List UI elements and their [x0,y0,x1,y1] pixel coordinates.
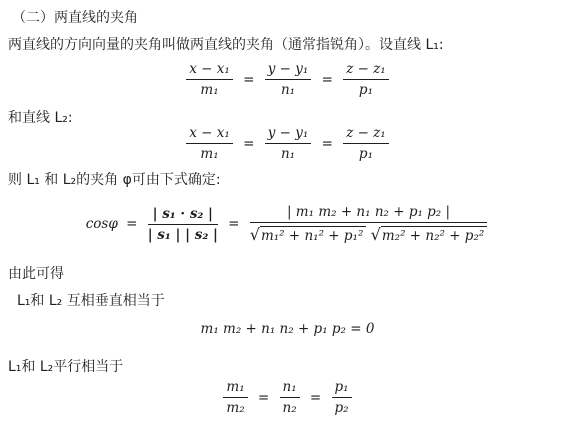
formula-line1-equation: x − x₁ m₁ = y − y₁ n₁ = z − z₁ p₁ [0,61,575,98]
radical-group: √m₂² + n₂² + p₂² [371,225,488,244]
fraction-numerator: | m₁ m₂ + n₁ n₂ + p₁ p₂ | [250,204,488,223]
fraction-numerator: m₁ [223,379,247,398]
fraction-numerator: z − z₁ [343,125,389,144]
sqrt-icon: √ [371,225,381,244]
paragraph-thus: 由此可得 [8,265,64,283]
fraction-dot-product: | s₁ · s₂ | | s₁ | | s₂ | [148,206,218,243]
fraction-numerator: x − x₁ [186,61,233,80]
formula-cos-angle: cosφ = | s₁ · s₂ | | s₁ | | s₂ | = | m₁ … [0,204,575,244]
sqrt-icon: √ [250,225,260,244]
fraction: z − z₁ p₁ [343,125,389,162]
document-page: （二）两直线的夹角 两直线的方向向量的夹角叫做两直线的夹角（通常指锐角）。设直线… [0,0,575,436]
fraction-numerator: y − y₁ [265,125,312,144]
fraction-denominator: n₁ [265,80,312,98]
radical-group: √m₁² + n₁² + p₁² [250,225,367,244]
fraction: y − y₁ n₁ [265,125,312,162]
formula-parallel: m₁ m₂ = n₁ n₂ = p₁ p₂ [0,379,575,416]
formula-perpendicular: m₁ m₂ + n₁ n₂ + p₁ p₂ = 0 [0,321,575,337]
fraction-numerator: p₁ [332,379,352,398]
fraction: z − z₁ p₁ [343,61,389,98]
section-heading: （二）两直线的夹角 [12,9,138,27]
fraction-denominator: m₁ [186,80,233,98]
formula-line2-equation: x − x₁ m₁ = y − y₁ n₁ = z − z₁ p₁ [0,125,575,162]
fraction: x − x₁ m₁ [186,61,233,98]
fraction-numerator: y − y₁ [265,61,312,80]
fraction-denominator: √m₁² + n₁² + p₁² √m₂² + n₂² + p₂² [250,223,488,244]
paragraph-perpendicular-condition: L₁和 L₂ 互相垂直相当于 [17,292,165,310]
fraction-denominator: m₂ [223,398,247,416]
paragraph-parallel-condition: L₁和 L₂平行相当于 [8,358,123,376]
equals-sign: = [258,390,269,406]
radicand: m₁² + n₁² + p₁² [260,226,366,244]
equals-sign: = [322,136,333,152]
equals-sign: = [243,72,254,88]
fraction-denominator: p₂ [332,398,352,416]
fraction: y − y₁ n₁ [265,61,312,98]
cos-phi-lhs: cosφ [86,216,118,232]
fraction: p₁ p₂ [332,379,352,416]
fraction: x − x₁ m₁ [186,125,233,162]
equals-sign: = [243,136,254,152]
fraction-denominator: m₁ [186,144,233,162]
fraction-denominator: p₁ [343,80,389,98]
paragraph-intro: 两直线的方向向量的夹角叫做两直线的夹角（通常指锐角）。设直线 L₁: [8,36,444,54]
paragraph-angle-determined: 则 L₁ 和 L₂的夹角 φ可由下式确定: [8,171,221,189]
fraction-denominator: p₁ [343,144,389,162]
fraction-denominator: n₂ [280,398,300,416]
fraction-numerator: z − z₁ [343,61,389,80]
radicand: m₂² + n₂² + p₂² [381,226,487,244]
fraction: n₁ n₂ [280,379,300,416]
fraction-component-form: | m₁ m₂ + n₁ n₂ + p₁ p₂ | √m₁² + n₁² + p… [250,204,488,244]
fraction: m₁ m₂ [223,379,247,416]
equals-sign: = [228,216,239,232]
fraction-numerator: n₁ [280,379,300,398]
fraction-numerator: x − x₁ [186,125,233,144]
fraction-denominator: n₁ [265,144,312,162]
equals-sign: = [310,390,321,406]
fraction-denominator: | s₁ | | s₂ | [148,225,218,243]
equals-sign: = [322,72,333,88]
equals-sign: = [126,216,137,232]
fraction-numerator: | s₁ · s₂ | [148,206,218,225]
